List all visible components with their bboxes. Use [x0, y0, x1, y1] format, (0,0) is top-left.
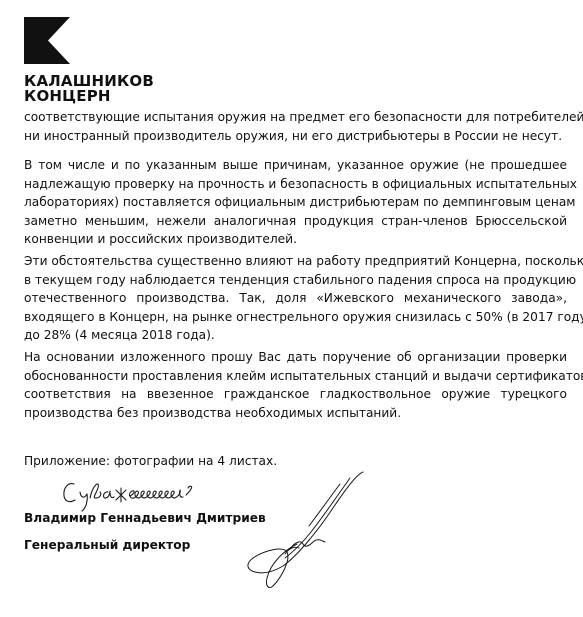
paragraph-dumping-prices: В том числе и по указанным выше причинам… — [24, 156, 567, 249]
text-line: конвенции и российских производителей. — [24, 230, 567, 249]
text-line: надлежащую проверку на прочность и безоп… — [24, 175, 567, 194]
text-line: в текущем году наблюдается тенденция ста… — [24, 271, 567, 290]
text-line: В том числе и по указанным выше причинам… — [24, 156, 567, 175]
text-line: отечественного производства. Так, доля «… — [24, 289, 567, 308]
text-line: На основании изложенного прошу Вас дать … — [24, 348, 567, 367]
kalashnikov-logo-icon — [24, 17, 70, 64]
logo-line-kalashnikov: КАЛАШНИКОВ — [24, 74, 154, 88]
text-line: ни иностранный производитель оружия, ни … — [24, 127, 567, 146]
attachment-note: Приложение: фотографии на 4 листах. — [24, 454, 277, 468]
handwritten-signature-icon — [225, 470, 365, 590]
text-line: до 28% (4 месяца 2018 года). — [24, 326, 567, 345]
text-line: лабораториях) поставляется официальным д… — [24, 193, 567, 212]
text-line: входящего в Концерн, на рынке огнестрель… — [24, 308, 567, 327]
text-line: заметно меньшим, нежели аналогичная прод… — [24, 212, 567, 231]
company-logo-text: КАЛАШНИКОВ КОНЦЕРН — [24, 74, 154, 103]
paragraph-market-share: Эти обстоятельства существенно влияют на… — [24, 252, 567, 345]
text-line: соответствия на ввезенное гражданское гл… — [24, 385, 567, 404]
handwritten-closing-icon: С уважением, — [60, 476, 240, 514]
paragraph-request: На основании изложенного прошу Вас дать … — [24, 348, 567, 422]
text-line: обоснованности проставления клейм испыта… — [24, 367, 567, 386]
paragraph-continuation: соответствующие испытания оружия на пред… — [24, 108, 567, 145]
text-line: производства без производства необходимы… — [24, 404, 567, 423]
text-line: Эти обстоятельства существенно влияют на… — [24, 252, 567, 271]
signer-title: Генеральный директор — [24, 538, 190, 552]
text-line: соответствующие испытания оружия на пред… — [24, 108, 567, 127]
logo-line-concern: КОНЦЕРН — [24, 89, 154, 103]
